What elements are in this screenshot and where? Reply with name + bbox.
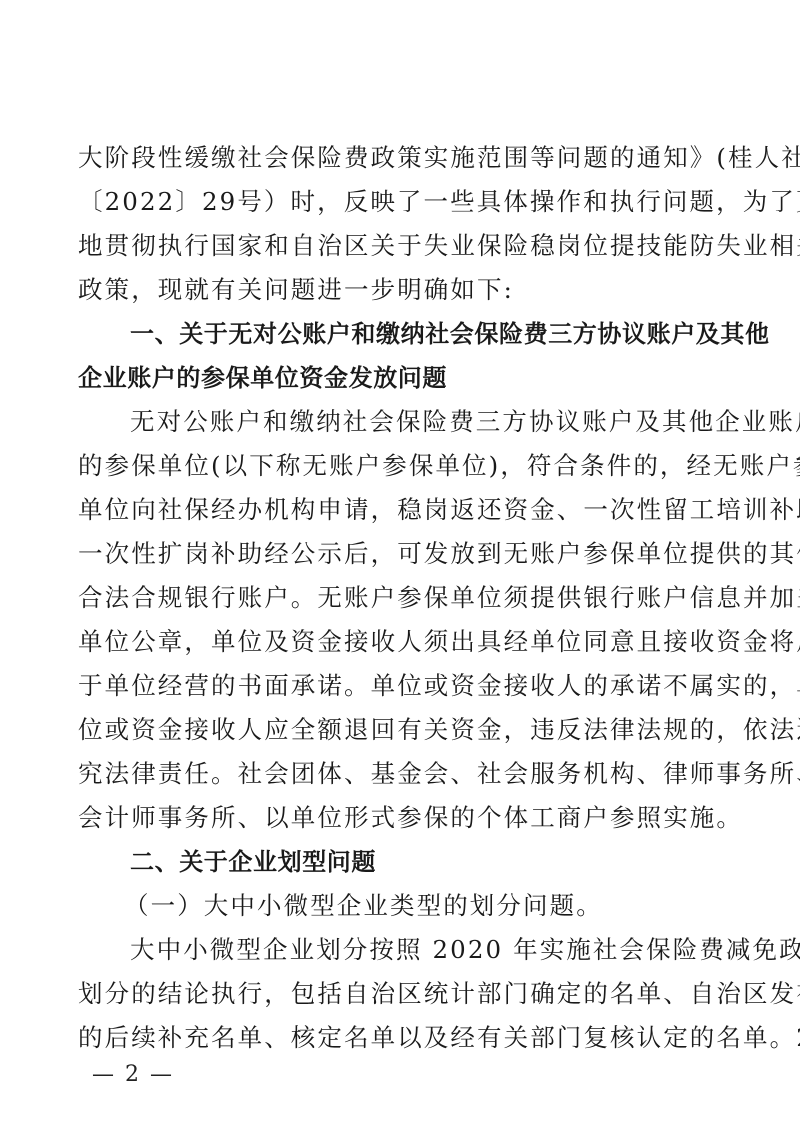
section-heading-2: 二、关于企业划型问题 (130, 847, 724, 877)
body-text-line: 会计师事务所、以单位形式参保的个体工商户参照实施。 (78, 803, 724, 833)
body-text-line: 单位公章，单位及资金接收人须出具经单位同意且接收资金将用 (78, 627, 724, 657)
body-text-line: 位或资金接收人应全额退回有关资金，违反法律法规的，依法追 (78, 715, 724, 745)
document-page: 大阶段性缓缴社会保险费政策实施范围等问题的通知》(桂人社发 〔2022〕29号）… (0, 0, 800, 1131)
body-text-line: 政策，现就有关问题进一步明确如下: (78, 275, 724, 305)
body-text-line: 究法律责任。社会团体、基金会、社会服务机构、律师事务所、 (78, 759, 724, 789)
body-text-line: 划分的结论执行，包括自治区统计部门确定的名单、自治区发布 (78, 979, 724, 1009)
section-heading-1: 一、关于无对公账户和缴纳社会保险费三方协议账户及其他 (130, 319, 724, 349)
body-text-line: 的后续补充名单、核定名单以及经有关部门复核认定的名单。2021 (78, 1023, 724, 1053)
body-text-line: 单位向社保经办机构申请，稳岗返还资金、一次性留工培训补助、 (78, 495, 724, 525)
body-text-line: 的参保单位(以下称无账户参保单位)，符合条件的，经无账户参保 (78, 451, 724, 481)
subsection-heading: （一）大中小微型企业类型的划分问题。 (124, 891, 770, 921)
page-number: — 2 — (92, 1062, 174, 1087)
body-text-line: 一次性扩岗补助经公示后，可发放到无账户参保单位提供的其他 (78, 539, 724, 569)
body-text-line: 大阶段性缓缴社会保险费政策实施范围等问题的通知》(桂人社发 (78, 143, 724, 173)
paragraph-start-line: 大中小微型企业划分按照 2020 年实施社会保险费减免政策 (130, 935, 724, 965)
section-heading-1-cont: 企业账户的参保单位资金发放问题 (78, 363, 724, 393)
body-text-line: 于单位经营的书面承诺。单位或资金接收人的承诺不属实的，单 (78, 671, 724, 701)
body-text-line: 合法合规银行账户。无账户参保单位须提供银行账户信息并加盖 (78, 583, 724, 613)
body-text-line: 〔2022〕29号）时，反映了一些具体操作和执行问题，为了更好 (78, 187, 724, 217)
paragraph-start-line: 无对公账户和缴纳社会保险费三方协议账户及其他企业账户 (130, 407, 724, 437)
body-text-line: 地贯彻执行国家和自治区关于失业保险稳岗位提技能防失业相关 (78, 231, 724, 261)
